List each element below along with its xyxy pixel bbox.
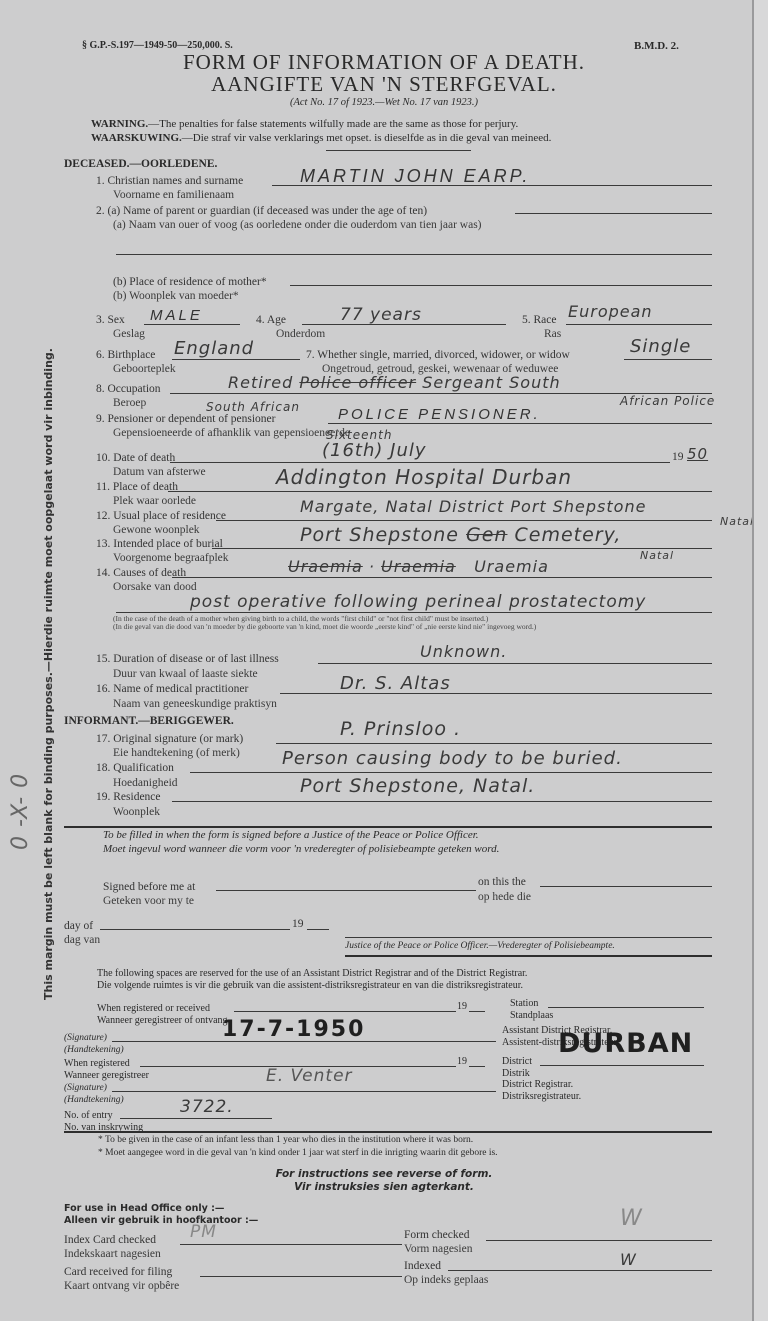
informant-residence-value[interactable]: Port Shepstone, Natal.	[300, 775, 535, 797]
field-19-label: 19. Residence	[96, 791, 161, 803]
index-card-label: Index Card checked	[64, 1234, 156, 1246]
field-12-label-af: Gewone woonplek	[113, 524, 200, 536]
field-9-label-af: Gepensioeneerde of afhanklik van gepensi…	[113, 427, 350, 439]
justice-divider	[345, 955, 712, 957]
birthplace-value[interactable]: England	[174, 338, 254, 359]
signature-line	[276, 743, 712, 744]
field-10-label: 10. Date of death	[96, 452, 175, 464]
marital-line	[624, 359, 712, 360]
qualification-line	[190, 772, 712, 773]
justice-year-line[interactable]	[307, 929, 329, 930]
district-label-af: Distrik	[502, 1068, 530, 1079]
form-checked-line[interactable]	[486, 1240, 712, 1241]
district-label: District	[502, 1056, 532, 1067]
received-label: When registered or received	[97, 1003, 210, 1014]
registrar-note-af: Die volgende ruimtes is vir die gebruik …	[97, 980, 523, 991]
station-label: Station	[510, 998, 538, 1009]
infant-note-af: * Moet aangegee word in die geval van 'n…	[98, 1148, 498, 1158]
field-5-label: 5. Race	[522, 314, 556, 326]
station-label-af: Standplaas	[510, 1010, 553, 1021]
entry-line	[120, 1118, 272, 1119]
form-checked-label: Form checked	[404, 1229, 469, 1241]
deceased-heading: DECEASED.—OORLEDENE.	[64, 158, 217, 170]
day-of-line[interactable]	[100, 929, 290, 930]
date-line	[170, 462, 670, 463]
district-stamp: DURBAN	[558, 1028, 693, 1059]
residence-note: Natal	[720, 515, 754, 528]
field-3-label: 3. Sex	[96, 314, 125, 326]
card-received-label: Card received for filing	[64, 1266, 172, 1278]
field-8-label-af: Beroep	[113, 397, 146, 409]
field-11-label-af: Plek waar oorlede	[113, 495, 196, 507]
signed-at-label: Signed before me at	[103, 881, 195, 893]
binding-margin-note: This margin must be left blank for bindi…	[42, 348, 55, 1000]
form-checked-mark: W	[620, 1206, 643, 1231]
causes-line-2	[116, 612, 712, 613]
district-line[interactable]	[540, 1065, 704, 1066]
field-15-label-af: Duur van kwaal of laaste siekte	[113, 668, 258, 680]
year-value[interactable]: 50	[687, 445, 708, 463]
field-13-label: 13. Intended place of burial	[96, 538, 223, 550]
indexed-label-af: Op indeks geplaas	[404, 1274, 488, 1286]
occupation-value[interactable]: Retired Police officer Sergeant South	[228, 373, 561, 392]
field-1-label-af: Voorname en familienaam	[113, 189, 234, 201]
parent-line-2[interactable]	[116, 254, 712, 255]
divider	[326, 150, 471, 151]
dr-label: District Registrar.	[502, 1079, 573, 1090]
qualification-value[interactable]: Person causing body to be buried.	[282, 748, 623, 769]
margin-marks: 0 -X- 0	[8, 773, 33, 850]
registered-year-prefix: 19	[457, 1056, 467, 1067]
index-card-line[interactable]	[180, 1244, 402, 1245]
justice-signature-line[interactable]	[345, 937, 712, 938]
signature-label: (Signature)	[64, 1033, 107, 1043]
signed-at-label-af: Geteken voor my te	[103, 895, 194, 907]
informant-residence-line	[172, 801, 712, 802]
occupation-value-cont: African Police	[620, 394, 715, 408]
sex-value[interactable]: MALE	[150, 307, 203, 324]
registered-label: When registered	[64, 1058, 130, 1069]
field-15-label: 15. Duration of disease or of last illne…	[96, 653, 279, 665]
index-card-mark: PM	[190, 1222, 217, 1242]
instructions-en: For instructions see reverse of form.	[0, 1168, 768, 1180]
field-3-label-af: Geslag	[113, 328, 145, 340]
day-of-label: day of	[64, 920, 93, 932]
dr-label-af: Distriksregistrateur.	[502, 1091, 581, 1102]
field-11-label: 11. Place of death	[96, 481, 178, 493]
name-value[interactable]: MARTIN JOHN EARP.	[300, 166, 530, 187]
marital-value[interactable]: Single	[630, 336, 691, 357]
station-line[interactable]	[548, 1007, 704, 1008]
signature-label-af: (Handtekening)	[64, 1045, 124, 1055]
practitioner-value[interactable]: Dr. S. Altas	[340, 673, 451, 694]
duration-line	[318, 663, 712, 664]
registered-label-af: Wanneer geregistreer	[64, 1070, 149, 1081]
field-4-label: 4. Age	[256, 314, 286, 326]
residence-line	[216, 520, 712, 521]
field-6-label: 6. Birthplace	[96, 349, 155, 361]
warning-en: WARNING.—The penalties for false stateme…	[91, 118, 518, 130]
pensioner-value[interactable]: POLICE PENSIONER.	[338, 406, 541, 423]
date-value[interactable]: (16th) July	[322, 440, 427, 461]
field-9-label: 9. Pensioner or dependent of pensioner	[96, 413, 275, 425]
field-12-label: 12. Usual place of residence	[96, 510, 226, 522]
act-reference: (Act No. 17 of 1923.—Wet No. 17 van 1923…	[0, 97, 768, 108]
field-8-label: 8. Occupation	[96, 383, 161, 395]
place-of-death-value[interactable]: Addington Hospital Durban	[276, 465, 572, 489]
burial-note: Natal	[640, 549, 674, 562]
burial-value[interactable]: Port Shepstone Gen Cemetery,	[300, 524, 621, 546]
residence-value[interactable]: Margate, Natal District Port Shepstone	[300, 497, 646, 516]
burial-line	[212, 548, 712, 549]
warning-af-text: —Die straf vir valse verklarings met ops…	[182, 132, 552, 144]
footer-divider	[64, 1131, 712, 1133]
field-2a-label-af: (a) Naam van ouer of voog (as oorledene …	[113, 219, 482, 231]
warning-en-label: WARNING.	[91, 118, 148, 130]
causes-note: (In the case of the death of a mother wh…	[113, 615, 673, 631]
section-divider	[64, 826, 712, 828]
on-this-label-af: op hede die	[478, 891, 531, 903]
warning-en-text: —The penalties for false statements wilf…	[148, 118, 518, 130]
indexed-line[interactable]	[448, 1270, 712, 1271]
card-received-line[interactable]	[200, 1276, 402, 1277]
birthplace-line	[172, 359, 300, 360]
field-5-label-af: Ras	[544, 328, 561, 340]
card-received-label-af: Kaart ontvang vir opbêre	[64, 1280, 179, 1292]
received-year-prefix: 19	[457, 1001, 467, 1012]
field-16-label: 16. Name of medical practitioner	[96, 683, 248, 695]
pensioner-line	[328, 423, 712, 424]
year-prefix: 19	[672, 451, 684, 463]
death-form-page: § G.P.-S.197—1949-50—250,000. S. B.M.D. …	[0, 0, 755, 1321]
indexed-mark: W	[620, 1250, 637, 1269]
place-of-death-line	[168, 491, 712, 492]
indexed-label: Indexed	[404, 1260, 441, 1272]
mother-residence-line[interactable]	[290, 285, 712, 286]
page-edge	[752, 0, 768, 1321]
causes-line	[172, 577, 712, 578]
field-4-label-af: Onderdom	[276, 328, 325, 340]
signed-at-line[interactable]	[216, 890, 476, 891]
index-card-label-af: Indekskaart nagesien	[64, 1248, 161, 1260]
pensioner-note: South African	[206, 400, 300, 414]
received-label-af: Wanneer geregistreer of ontvang	[97, 1015, 228, 1026]
on-this-label: on this the	[478, 876, 526, 888]
field-18-label: 18. Qualification	[96, 762, 174, 774]
justice-note-en: To be filled in when the form is signed …	[103, 829, 479, 841]
asst-signature-line[interactable]	[112, 1041, 496, 1042]
received-line[interactable]	[234, 1011, 456, 1012]
causes-value[interactable]: Uraemia · Uraemia Uraemia	[288, 557, 549, 576]
day-of-label-af: dag van	[64, 934, 100, 946]
form-checked-label-af: Vorm nagesien	[404, 1243, 472, 1255]
received-date-stamp: 17-7-1950	[222, 1017, 365, 1042]
field-6-label-af: Geboorteplek	[113, 363, 176, 375]
warning-af-label: WAARSKUWING.	[91, 132, 182, 144]
warning-af: WAARSKUWING.—Die straf vir valse verklar…	[91, 132, 551, 144]
on-this-line[interactable]	[540, 886, 712, 887]
infant-note-en: * To be given in the case of an infant l…	[98, 1135, 473, 1145]
field-13-label-af: Voorgenome begraafplek	[113, 552, 229, 564]
registered-year-line[interactable]	[469, 1066, 485, 1067]
justice-note-af: Moet ingevul word wanneer die vorm voor …	[103, 843, 499, 855]
age-value[interactable]: 77 years	[340, 305, 422, 325]
field-2b-label-af: (b) Woonplek van moeder*	[113, 290, 239, 302]
dr-signature-label-af: (Handtekening)	[64, 1095, 124, 1105]
entry-label: No. of entry	[64, 1110, 113, 1121]
head-office-heading: For use in Head Office only :—	[64, 1203, 224, 1214]
race-line	[566, 324, 712, 325]
field-2a-label: 2. (a) Name of parent or guardian (if de…	[96, 205, 427, 217]
field-10-label-af: Datum van afsterwe	[113, 466, 206, 478]
race-value[interactable]: European	[568, 302, 653, 321]
received-year-line[interactable]	[469, 1011, 485, 1012]
duration-value[interactable]: Unknown.	[420, 642, 507, 661]
field-16-label-af: Naam van geneeskundige praktisyn	[113, 698, 277, 710]
sex-line	[144, 324, 240, 325]
informant-heading: INFORMANT.—BERIGGEWER.	[64, 715, 234, 727]
field-1-label: 1. Christian names and surname	[96, 175, 243, 187]
informant-signature[interactable]: P. Prinsloo .	[340, 718, 461, 740]
field-18-label-af: Hoedanigheid	[113, 777, 178, 789]
entry-value[interactable]: 3722.	[180, 1097, 234, 1117]
dr-signature-label: (Signature)	[64, 1083, 107, 1093]
field-17-label: 17. Original signature (or mark)	[96, 733, 243, 745]
causes-value-2[interactable]: post operative following perineal prosta…	[190, 592, 646, 612]
form-title-af: AANGIFTE VAN 'N STERFGEVAL.	[0, 72, 768, 97]
head-office-heading-af: Alleen vir gebruik in hoofkantoor :—	[64, 1215, 258, 1226]
registrar-note-en: The following spaces are reserved for th…	[97, 968, 527, 979]
parent-line[interactable]	[515, 213, 712, 214]
registrar-signature: E. Venter	[266, 1066, 353, 1086]
field-14-label-af: Oorsake van dood	[113, 581, 197, 593]
instructions-af: Vir instruksies sien agterkant.	[0, 1181, 768, 1193]
field-19-label-af: Woonplek	[113, 806, 160, 818]
field-17-label-af: Eie handtekening (of merk)	[113, 747, 240, 759]
field-2b-label: (b) Place of residence of mother*	[113, 276, 267, 288]
field-7-label: 7. Whether single, married, divorced, wi…	[306, 349, 570, 361]
dr-signature-line[interactable]	[112, 1091, 496, 1092]
justice-signatory-label: Justice of the Peace or Police Officer.—…	[345, 941, 615, 951]
justice-year-prefix: 19	[292, 918, 304, 930]
